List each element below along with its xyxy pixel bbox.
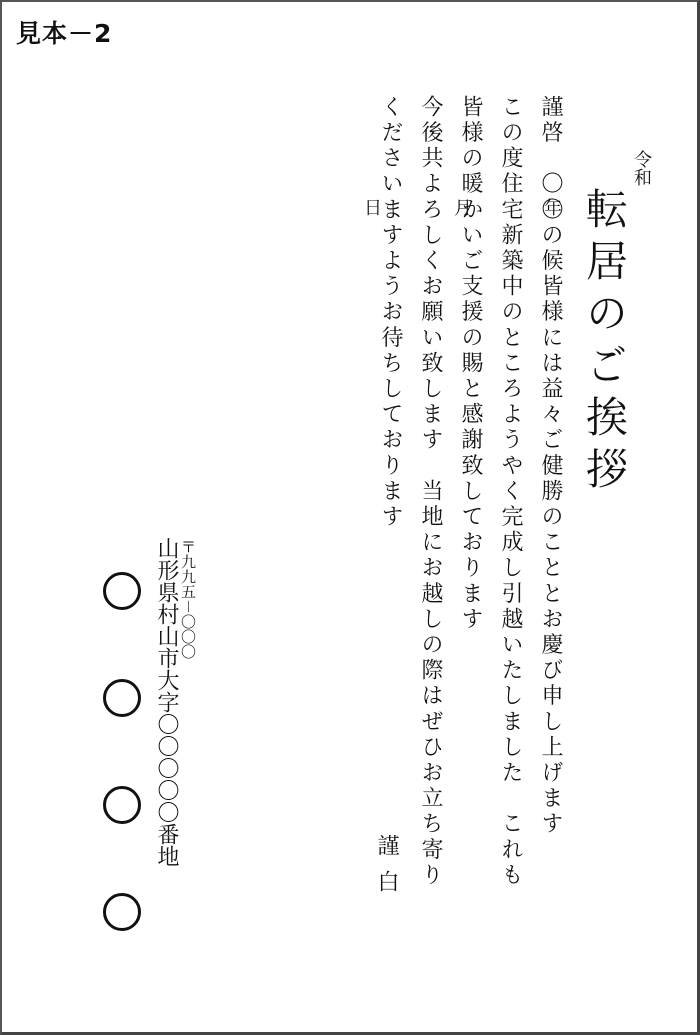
sender-address: 山形県村山市大字〇〇〇〇〇番地 [152,537,180,867]
name-circle-1 [103,572,141,610]
sample-label: 見本－2 [16,14,112,50]
date-era: 令和 [626,150,656,216]
date-month: 月 [446,198,476,216]
closing-phrase: 謹白 [368,834,404,906]
date-block: 令和 年 月 日 [296,150,700,216]
postcard-sample: 見本－2 転居のご挨拶 謹啓 〇〇の候皆様には益々ご健勝のこととお慶び申し上げま… [0,0,700,1035]
date-day: 日 [356,198,386,216]
letter-title: 転居のご挨拶 [574,187,634,499]
date-year: 年 [536,198,566,216]
sender-name-placeholder [103,572,143,1000]
name-circle-3 [103,786,141,824]
name-circle-2 [103,679,141,717]
name-circle-4 [103,893,141,931]
postal-code: 〒九九五－〇〇〇 [178,539,198,659]
